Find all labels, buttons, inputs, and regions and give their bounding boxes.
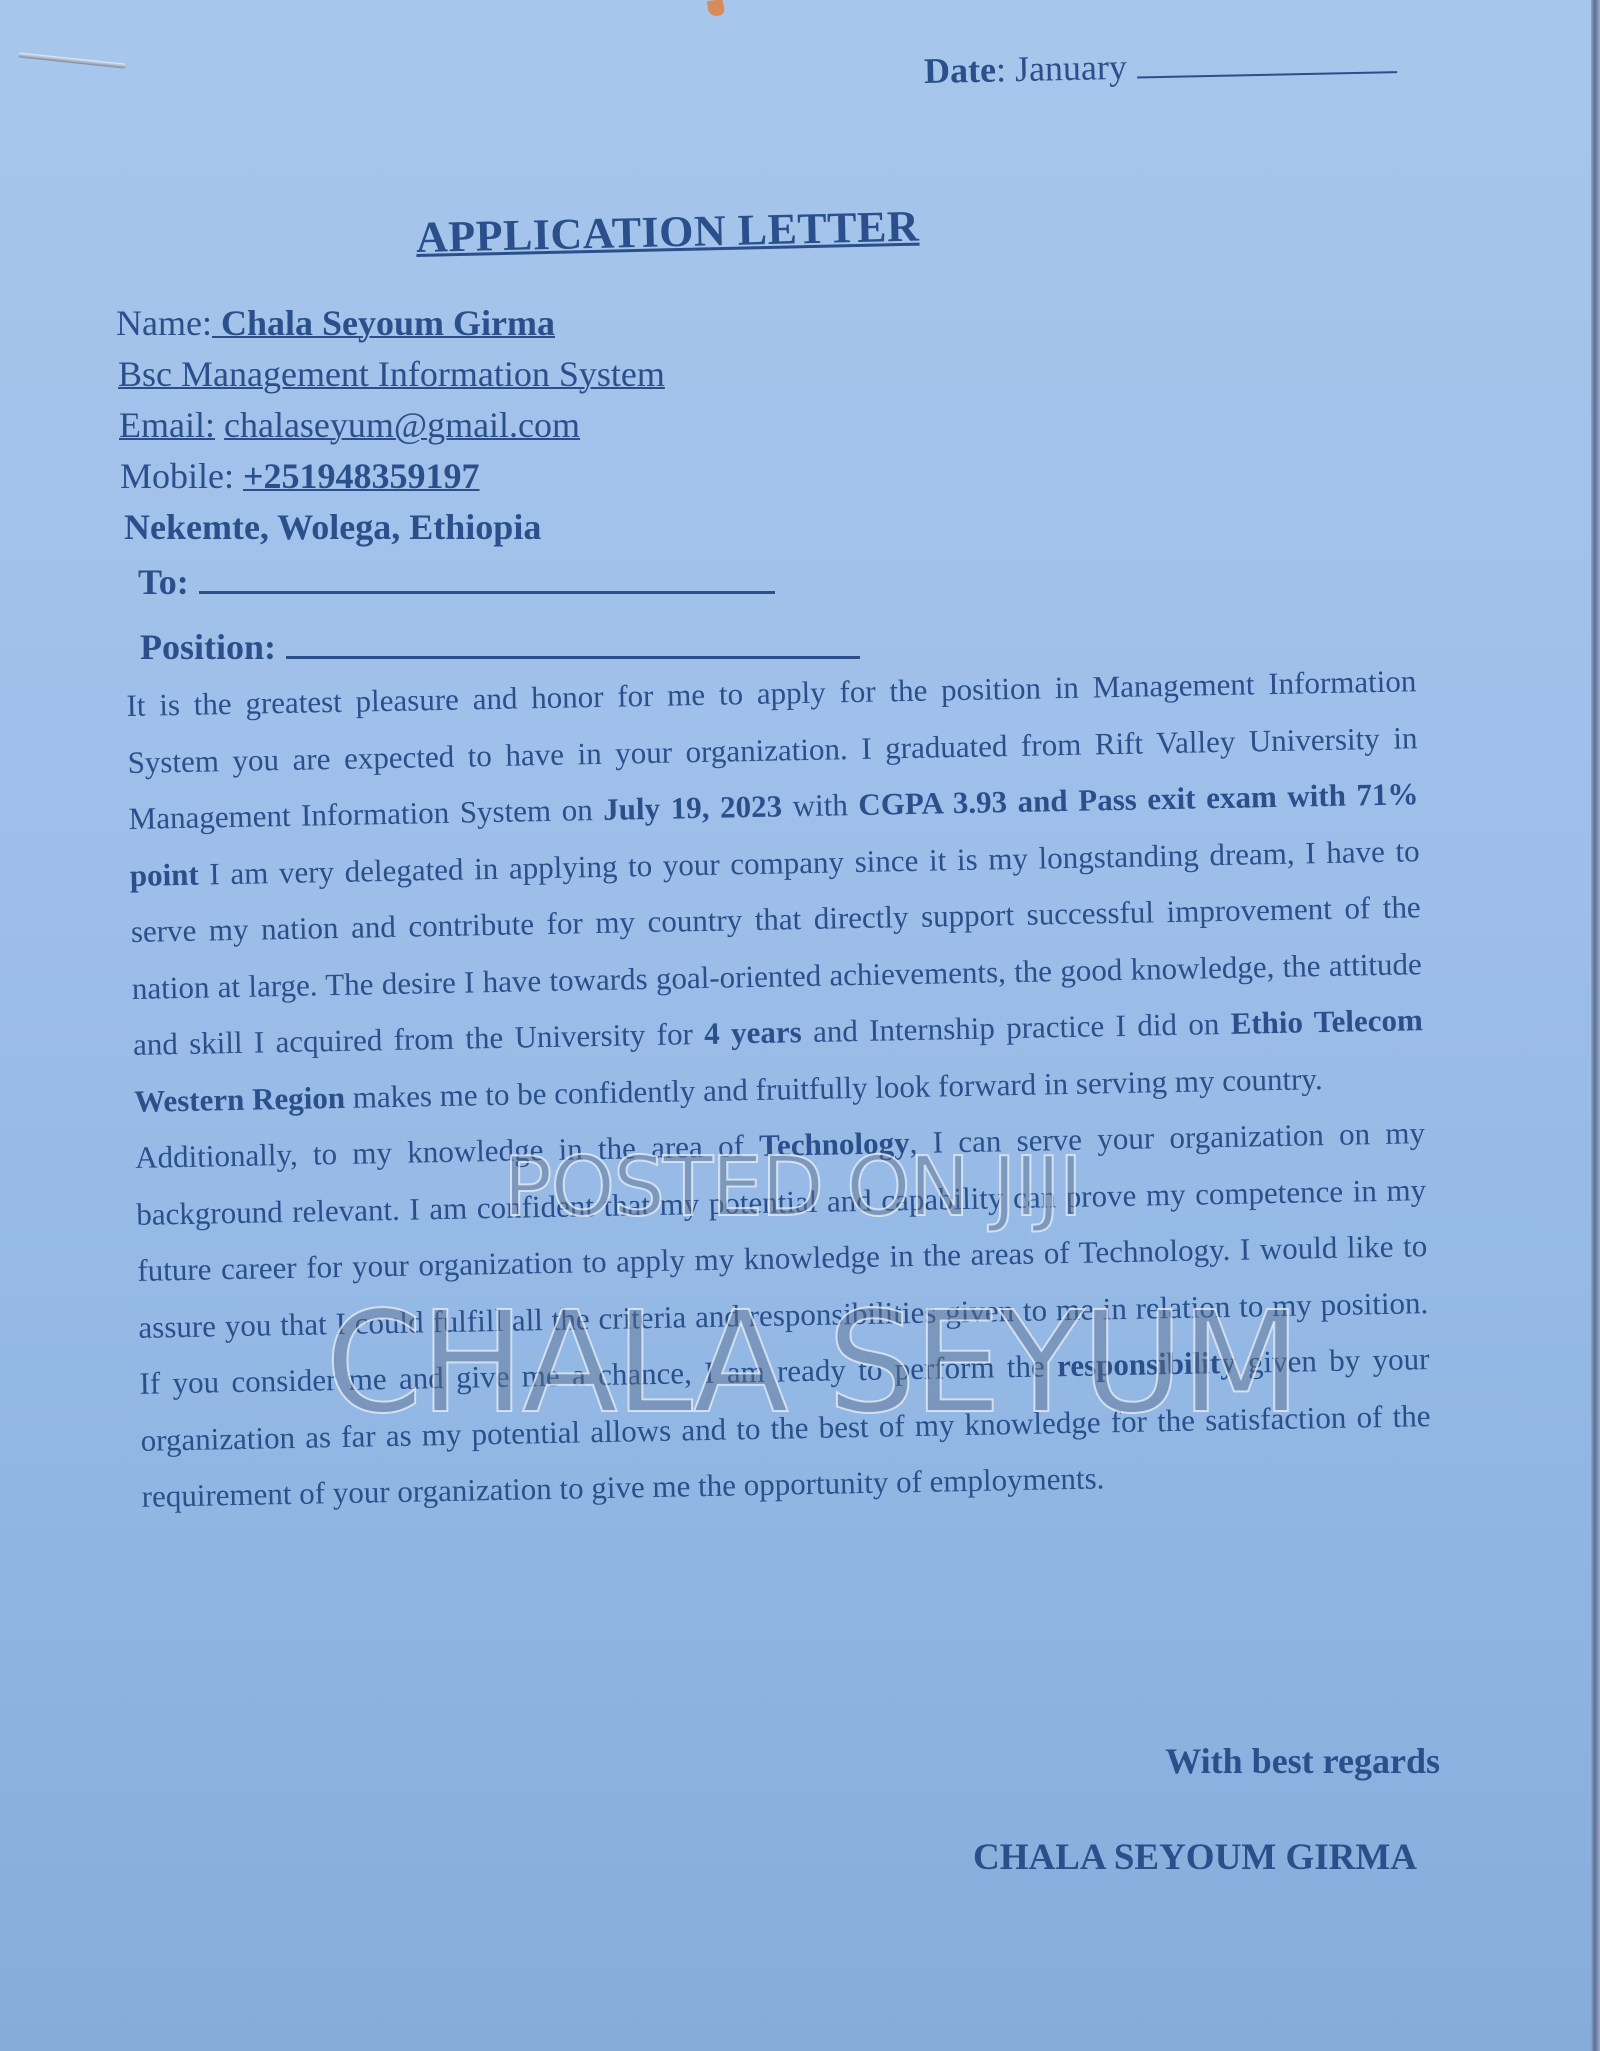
date-blank (1137, 45, 1398, 78)
email-row: Email: chalaseyum@gmail.com (119, 400, 860, 451)
paragraph-1: It is the greatest pleasure and honor fo… (126, 653, 1424, 1130)
to-label: To: (138, 562, 189, 602)
to-blank (199, 567, 775, 594)
position-blank (286, 632, 860, 659)
letter-body: It is the greatest pleasure and honor fo… (126, 653, 1432, 1525)
signature: CHALA SEYOUM GIRMA (973, 1836, 1417, 1879)
staple (18, 52, 126, 68)
email-label: Email: (119, 405, 215, 445)
name-row: Name: Chala Seyoum Girma (116, 298, 860, 349)
mobile-value[interactable]: +251948359197 (243, 456, 480, 496)
name-value: Chala Seyoum Girma (212, 303, 555, 343)
page-edge (1591, 0, 1600, 2051)
date-value: : January (996, 47, 1128, 90)
page-title: APPLICATION LETTER (415, 201, 919, 263)
date-line: Date: January (924, 40, 1398, 92)
location: Nekemte, Wolega, Ethiopia (124, 502, 860, 553)
email-value[interactable]: chalaseyum@gmail.com (224, 405, 580, 445)
degree: Bsc Management Information System (118, 354, 665, 394)
degree-row: Bsc Management Information System (118, 349, 860, 400)
position-label: Position: (140, 627, 276, 667)
mobile-label: Mobile: (120, 456, 234, 496)
mobile-row: Mobile: +251948359197 (120, 451, 860, 502)
date-label: Date (924, 49, 997, 90)
closing: With best regards (1165, 1740, 1440, 1782)
name-label: Name: (116, 303, 212, 343)
applicant-header: Name: Chala Seyoum Girma Bsc Management … (116, 298, 860, 673)
to-row: To: (138, 557, 860, 608)
paragraph-2: Additionally, to my knowledge in the are… (135, 1105, 1432, 1525)
paper-clip (707, 0, 726, 17)
